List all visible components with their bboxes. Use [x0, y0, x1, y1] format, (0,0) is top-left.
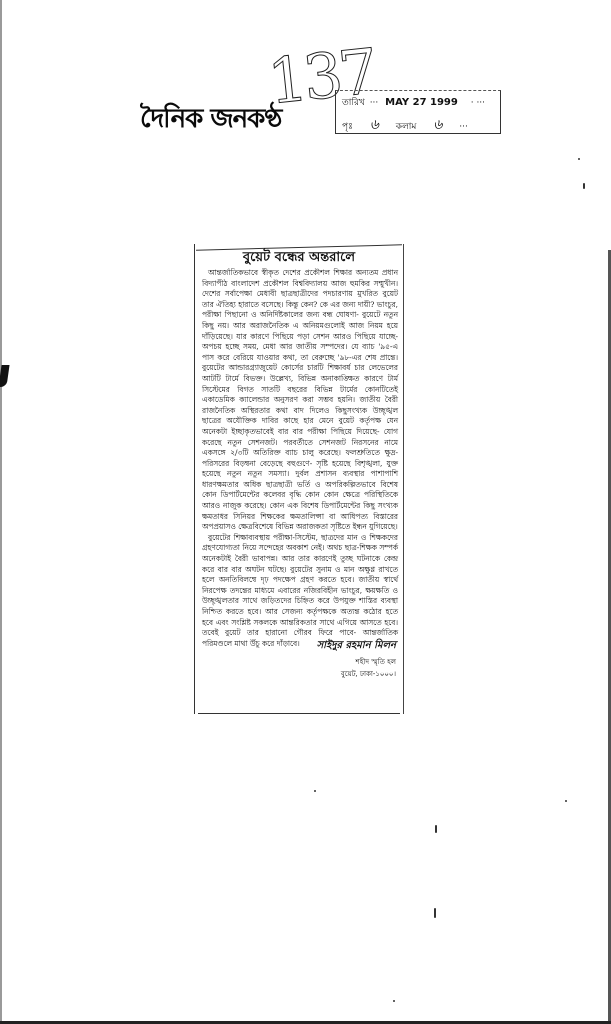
date-value: MAY 27 1999	[385, 97, 458, 108]
date-row: তারিখ ··· MAY 27 1999 · ···	[342, 95, 485, 110]
scan-speck	[565, 800, 567, 802]
scan-speck	[393, 1000, 395, 1002]
column-value: ৬	[433, 117, 442, 133]
column-label: কলাম	[396, 122, 417, 132]
scan-speck	[578, 158, 580, 160]
page-label: পৃঃ	[342, 122, 353, 132]
scan-speck	[314, 790, 316, 792]
address-line: শহীদ স্মৃতি হল	[341, 656, 396, 668]
article-paragraph: আন্তর্জাতিকভাবে স্বীকৃত দেশের প্রকৌশল শি…	[202, 268, 398, 533]
article-headline: বুয়েট বন্ধের অন্তরালে	[194, 248, 404, 269]
date-label: তারিখ	[342, 98, 365, 108]
article-author: সাইদুর রহমান মিলন	[317, 638, 396, 655]
clipping-border	[194, 244, 195, 714]
scan-speck	[583, 183, 585, 189]
article-body: আন্তর্জাতিকভাবে স্বীকৃত দেশের প্রকৌশল শি…	[202, 268, 398, 649]
date-stamp-box: তারিখ ··· MAY 27 1999 · ··· পৃঃ ৬ কলাম ৬…	[335, 90, 501, 134]
newspaper-masthead: দৈনিক জনকণ্ঠ	[140, 98, 281, 142]
page-value: ৬	[370, 117, 379, 133]
page-edge-left	[0, 0, 2, 1024]
scan-speck	[435, 825, 437, 833]
article-paragraph: বুয়েটের শিক্ষাব্যবস্থায় পরীক্ষা-সিস্টে…	[202, 533, 398, 650]
page-column-row: পৃঃ ৬ কলাম ৬ ···	[342, 113, 468, 137]
binding-mark	[0, 365, 10, 387]
article-clipping: বুয়েট বন্ধের অন্তরালে আন্তর্জাতিকভাবে স…	[194, 244, 404, 714]
clipping-border	[403, 244, 404, 714]
scan-speck	[434, 908, 436, 918]
clipping-border	[198, 713, 400, 714]
author-address: শহীদ স্মৃতি হল বুয়েট, ঢাকা-১০০০।	[341, 656, 396, 680]
address-line: বুয়েট, ঢাকা-১০০০।	[341, 668, 396, 680]
